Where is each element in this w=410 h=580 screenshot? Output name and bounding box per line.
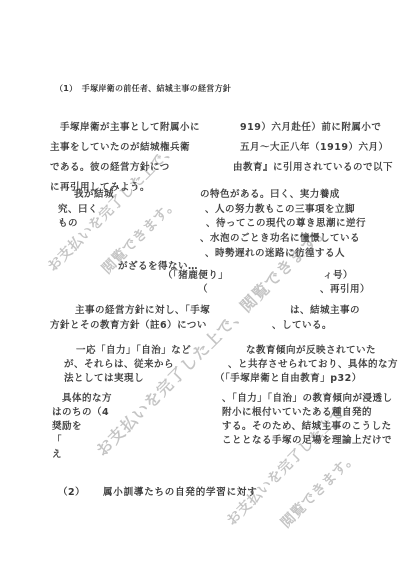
text-run-p3-l1-right: 、「自力」「自治」の教育傾向が浸透し xyxy=(222,393,393,404)
section-1-heading: （1） 手塚岸衛の前任者、結城主事の経営方針 xyxy=(55,83,231,94)
text-run-p3-l3-right: する。そのため、結城主事のこうした xyxy=(222,421,392,432)
text-run-p2-l1-left: 主事の経営方針に対し、「手塚 xyxy=(75,305,210,316)
text-run-q1-l5-right: 、時勢遅れの迷路に彷徨する人 xyxy=(205,248,345,259)
text-run-p3-l2-right: 附小に根付いていたある種自発的 xyxy=(222,407,372,418)
text-run-q2-l3-left: 法としては実現し xyxy=(64,373,144,384)
text-run-cite2-right: 、再引用） xyxy=(320,284,370,295)
text-run-q1-l2-left: 究、曰く xyxy=(58,204,98,215)
text-run-cite1-left: （「猪鹿便り」 xyxy=(163,270,228,281)
text-run-q2-l2-left: が、それらは、従来から xyxy=(64,359,174,370)
text-run-p3-l3-left: 奨励を xyxy=(52,421,82,432)
text-run-p1-l3-left: である。彼の経営方針につ xyxy=(50,162,170,173)
text-run-q2-l3-right: （「手塚岸衛と自由教育」p32） xyxy=(215,373,362,384)
text-run-cite2-left: （ xyxy=(198,284,208,295)
text-run-q1-l3-left: もの xyxy=(58,218,78,229)
text-run-p3-l4-right: こととなる手塚の足場を理論上だけで xyxy=(222,435,392,446)
text-run-p3-l5-left: え xyxy=(52,449,62,460)
text-run-cite1-right: ィ号） xyxy=(323,270,353,281)
text-run-p3-l1-left: 具体的な方 xyxy=(62,393,112,404)
text-run-p3-l4-left: 「 xyxy=(52,435,62,446)
text-run-q2-l1-left: 一応「自力」「自治」など xyxy=(76,345,191,356)
text-run-p1-l2-right: 五月～大正八年（1919）六月） xyxy=(240,142,388,153)
text-run-q1-l2-right: 、人の努力教もこの三事項を立脚 xyxy=(205,204,355,215)
text-run-p1-l1-left: 手塚岸衛が主事として附属小に xyxy=(60,122,200,133)
text-run-p2-l2-right: 、している。 xyxy=(272,320,332,331)
text-run-p1-l3-right: 由教育』に引用されているので以下 xyxy=(233,162,393,173)
text-run-p1-l2-left: 主事をしていたのが結城権兵衛 xyxy=(50,142,190,153)
text-run-p1-l1-right: 919）六月赴任）前に附属小で xyxy=(240,122,381,133)
text-run-p2-l2-left: 方針とその教育方針（註6）につい xyxy=(50,320,207,331)
document-page: お支払いを完了した上で、閲覧できます。お支払いを完了した上で、閲覧できます。お支… xyxy=(0,0,410,580)
text-run-q1-l1-left: 我が結城 xyxy=(74,189,114,200)
text-run-p2-l1-right: は、結城主事の xyxy=(290,305,360,316)
section-2-heading-number: （2） xyxy=(58,484,85,498)
text-run-q1-l3-right: 、待ってこの現代の尊き思潮に逆行 xyxy=(206,218,366,229)
text-run-p3-l2-left: はのちの（4 xyxy=(52,407,109,418)
text-run-q2-l1-right: な教育傾向が反映されていた xyxy=(246,345,376,356)
text-run-q1-l4-right: 、水泡のごとき功名に憧憬している xyxy=(200,233,360,244)
text-run-q1-l1-right: の特色がある。曰く、実力養成 xyxy=(200,189,340,200)
section-2-heading-text: 属小訓導たちの自発的学習に対す xyxy=(103,484,258,498)
text-run-q2-l2-right: 、と共存させられており、具体的な方 xyxy=(228,359,398,370)
